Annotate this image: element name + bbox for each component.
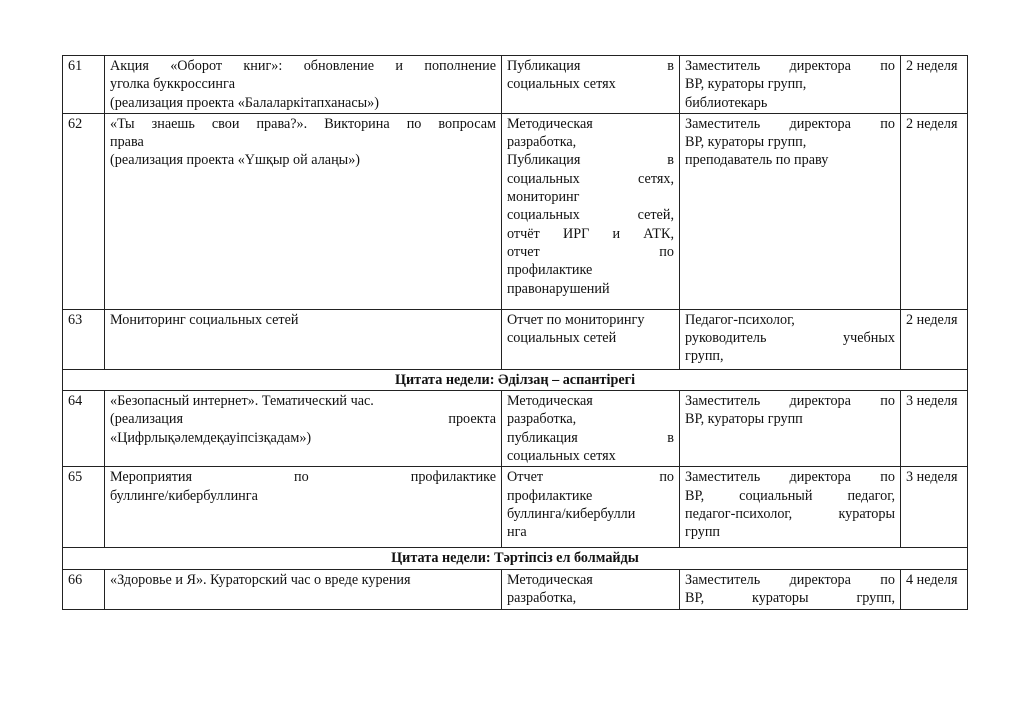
deadline-cell: 3 неделя: [901, 391, 968, 467]
event-cell-line: «Цифрлықәлемдеқауіпсізқадам»): [110, 429, 496, 447]
responsible-cell-line: Заместитель директора по: [685, 115, 895, 133]
table-row: 63Мониторинг социальных сетейОтчет по мо…: [63, 309, 968, 369]
completion-form-cell-line: социальных сетей: [507, 329, 674, 347]
completion-form-cell-line: буллинга/кибербулли: [507, 505, 674, 523]
event-cell: Мероприятия по профилактикебуллинге/кибе…: [105, 467, 502, 548]
table-row: 61Акция «Оборот книг»: обновление и попо…: [63, 56, 968, 114]
completion-form-cell-line: Методическая: [507, 571, 674, 589]
responsible-cell-line: групп: [685, 523, 895, 541]
responsible-cell-line: педагог-психолог, кураторы: [685, 505, 895, 523]
completion-form-cell-line: разработка,: [507, 589, 674, 607]
event-cell-line: (реализация проекта «Үшқыр ой алаңы»): [110, 151, 496, 169]
deadline-cell: 2 неделя: [901, 113, 968, 309]
row-number: 62: [63, 113, 105, 309]
completion-form-cell-line: Отчет по мониторингу: [507, 311, 674, 329]
completion-form-cell-line: правонарушений: [507, 280, 674, 298]
completion-form-cell-line: отчёт ИРГ и АТК,: [507, 225, 674, 243]
completion-form-cell-line: Публикация в: [507, 57, 674, 75]
completion-form-cell: Отчет по мониторингусоциальных сетей: [502, 309, 680, 369]
row-number: 66: [63, 569, 105, 609]
event-cell: «Здоровье и Я». Кураторский час о вреде …: [105, 569, 502, 609]
completion-form-cell: Методическаяразработка,: [502, 569, 680, 609]
row-number: 65: [63, 467, 105, 548]
row-number: 63: [63, 309, 105, 369]
completion-form-cell: Методическаяразработка,Публикация всоциа…: [502, 113, 680, 309]
responsible-cell: Педагог-психолог,руководитель учебныхгру…: [680, 309, 901, 369]
completion-form-cell: Публикация всоциальных сетях: [502, 56, 680, 114]
completion-form-cell: Методическаяразработка,публикация всоциа…: [502, 391, 680, 467]
responsible-cell-line: ВР, кураторы групп: [685, 410, 895, 428]
responsible-cell: Заместитель директора поВР, кураторы гру…: [680, 56, 901, 114]
quote-of-week-row: Цитата недели: Әділзаң – аспантірегі: [63, 369, 968, 390]
responsible-cell-line: ВР, социальный педагог,: [685, 487, 895, 505]
event-cell: «Безопасный интернет». Тематический час.…: [105, 391, 502, 467]
deadline-cell: 4 неделя: [901, 569, 968, 609]
responsible-cell: Заместитель директора поВР, кураторы гру…: [680, 391, 901, 467]
responsible-cell-line: ВР, кураторы групп,: [685, 75, 895, 93]
event-cell: «Ты знаешь свои права?». Викторина по во…: [105, 113, 502, 309]
deadline-cell: 2 неделя: [901, 309, 968, 369]
responsible-cell: Заместитель директора поВР, кураторы гру…: [680, 113, 901, 309]
event-cell-line: Мониторинг социальных сетей: [110, 311, 496, 329]
event-cell-line: буллинге/кибербуллинга: [110, 487, 496, 505]
responsible-cell-line: Заместитель директора по: [685, 571, 895, 589]
event-cell: Мониторинг социальных сетей: [105, 309, 502, 369]
table-row: 65Мероприятия по профилактикебуллинге/ки…: [63, 467, 968, 548]
responsible-cell-line: ВР, кураторы групп,: [685, 133, 895, 151]
completion-form-cell-line: разработка,: [507, 410, 674, 428]
completion-form-cell: Отчет попрофилактикебуллинга/кибербуллин…: [502, 467, 680, 548]
completion-form-cell-line: отчет по: [507, 243, 674, 261]
responsible-cell: Заместитель директора поВР, кураторы гру…: [680, 569, 901, 609]
event-cell-line: (реализация проекта: [110, 410, 496, 428]
table-row: 62«Ты знаешь свои права?». Викторина по …: [63, 113, 968, 309]
events-plan-table: 61Акция «Оборот книг»: обновление и попо…: [62, 55, 968, 610]
completion-form-cell-line: нга: [507, 523, 674, 541]
event-cell: Акция «Оборот книг»: обновление и пополн…: [105, 56, 502, 114]
event-cell-line: уголка буккроссинга: [110, 75, 496, 93]
completion-form-cell-line: Отчет по: [507, 468, 674, 486]
completion-form-cell-line: социальных сетях,: [507, 170, 674, 188]
quote-of-week-row: Цитата недели: Тәртіпсіз ел болмайды: [63, 548, 968, 569]
document-page: 61Акция «Оборот книг»: обновление и попо…: [0, 0, 1024, 724]
event-cell-line: (реализация проекта «Балаларкітапханасы»…: [110, 94, 496, 112]
completion-form-cell-line: мониторинг: [507, 188, 674, 206]
completion-form-cell-line: Методическая: [507, 115, 674, 133]
responsible-cell-line: Заместитель директора по: [685, 57, 895, 75]
responsible-cell-line: преподаватель по праву: [685, 151, 895, 169]
completion-form-cell-line: Методическая: [507, 392, 674, 410]
completion-form-cell-line: Публикация в: [507, 151, 674, 169]
row-number: 61: [63, 56, 105, 114]
completion-form-cell-line: публикация в: [507, 429, 674, 447]
table-row: 66«Здоровье и Я». Кураторский час о вред…: [63, 569, 968, 609]
responsible-cell-line: библиотекарь: [685, 94, 895, 112]
completion-form-cell-line: социальных сетей,: [507, 206, 674, 224]
event-cell-line: Акция «Оборот книг»: обновление и пополн…: [110, 57, 496, 75]
quote-of-week: Цитата недели: Әділзаң – аспантірегі: [63, 369, 968, 390]
event-cell-line: «Здоровье и Я». Кураторский час о вреде …: [110, 571, 496, 589]
responsible-cell-line: руководитель учебных: [685, 329, 895, 347]
table-row: 64 «Безопасный интернет». Тематический ч…: [63, 391, 968, 467]
deadline-cell: 2 неделя: [901, 56, 968, 114]
responsible-cell-line: Заместитель директора по: [685, 468, 895, 486]
responsible-cell-line: Заместитель директора по: [685, 392, 895, 410]
completion-form-cell-line: разработка,: [507, 133, 674, 151]
responsible-cell-line: ВР, кураторы групп,: [685, 589, 895, 607]
responsible-cell-line: групп,: [685, 347, 895, 365]
quote-of-week: Цитата недели: Тәртіпсіз ел болмайды: [63, 548, 968, 569]
row-number: 64: [63, 391, 105, 467]
table-body: 61Акция «Оборот книг»: обновление и попо…: [63, 56, 968, 610]
event-cell-line: «Ты знаешь свои права?». Викторина по во…: [110, 115, 496, 133]
event-cell-line: «Безопасный интернет». Тематический час.: [110, 392, 496, 410]
event-cell-line: права: [110, 133, 496, 151]
completion-form-cell-line: социальных сетях: [507, 75, 674, 93]
completion-form-cell-line: социальных сетях: [507, 447, 674, 465]
deadline-cell: 3 неделя: [901, 467, 968, 548]
completion-form-cell-line: профилактике: [507, 487, 674, 505]
responsible-cell-line: Педагог-психолог,: [685, 311, 895, 329]
event-cell-line: Мероприятия по профилактике: [110, 468, 496, 486]
completion-form-cell-line: профилактике: [507, 261, 674, 279]
responsible-cell: Заместитель директора поВР, социальный п…: [680, 467, 901, 548]
